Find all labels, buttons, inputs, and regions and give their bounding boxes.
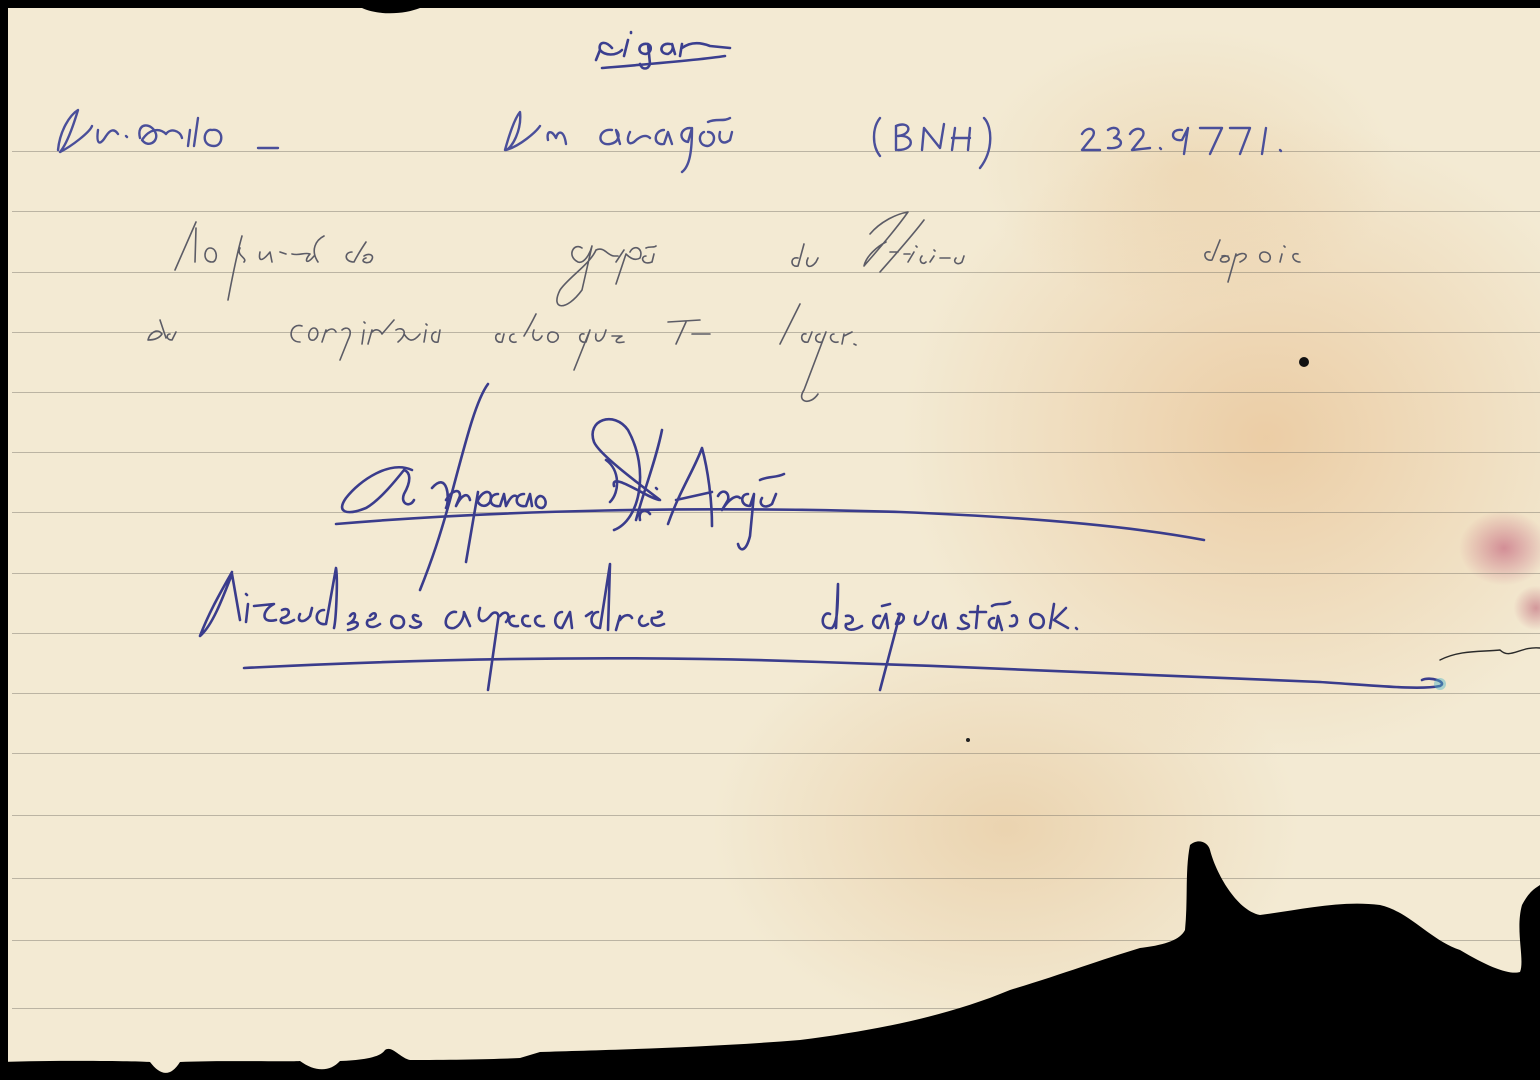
ruled-line <box>12 940 1540 941</box>
ruled-line <box>12 633 1540 634</box>
ruled-line <box>12 1008 1540 1009</box>
ruled-line <box>12 151 1540 152</box>
ruled-line <box>12 211 1540 212</box>
ruled-line <box>12 512 1540 513</box>
ruled-line <box>12 272 1540 273</box>
ruled-line <box>12 452 1540 453</box>
ruled-line <box>12 392 1540 393</box>
ruled-line <box>12 878 1540 879</box>
ruled-line <box>12 573 1540 574</box>
ruled-line <box>12 815 1540 816</box>
ruled-line <box>12 753 1540 754</box>
ruled-line <box>12 332 1540 333</box>
ruled-paper-sheet <box>6 8 1540 1080</box>
ruled-line <box>12 693 1540 694</box>
